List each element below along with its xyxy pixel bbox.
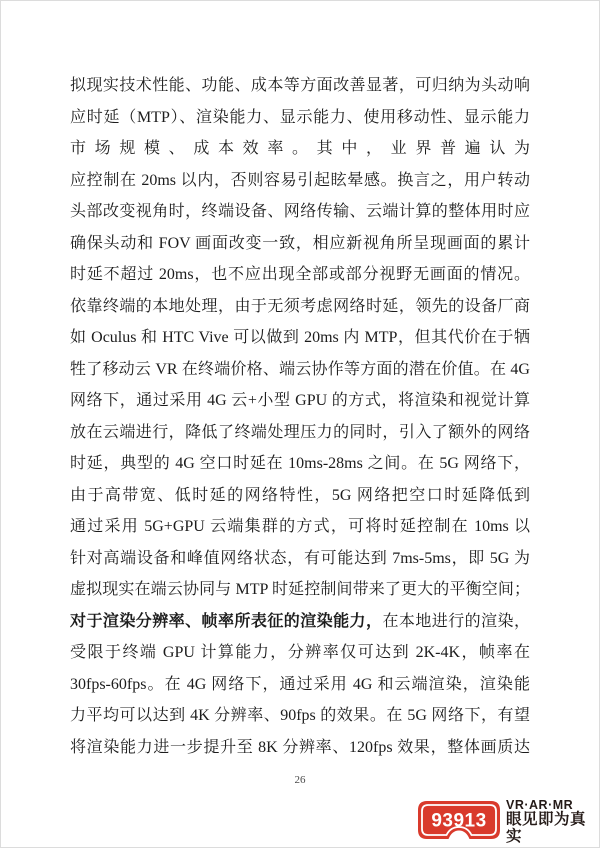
text-segment: 市场规模、成本效率。其中，业界普遍认为 xyxy=(70,140,530,157)
text-line: 如 Oculus 和 HTC Vive 可以做到 20ms 内 MTP，但其代价… xyxy=(70,322,530,354)
text-segment: 由于高带宽、低时延的网络特性，5G 网络把空口时延降低到 1ms， xyxy=(70,487,530,512)
site-logo: 93913 VR·AR·MR 眼见即为真实 xyxy=(417,800,600,844)
text-segment: 拟现实技术性能、功能、成本等方面改善显著，可归纳为头动响 xyxy=(70,77,530,94)
body-text: 拟现实技术性能、功能、成本等方面改善显著，可归纳为头动响应时延（MTP）、渲染能… xyxy=(70,70,530,763)
text-line: 时延，典型的 4G 空口时延在 10ms-28ms 之间。在 5G 网络下， xyxy=(70,448,530,480)
text-segment: 30fps-60fps。在 4G 网络下，通过采用 4G 和云端渲染，渲染能 xyxy=(70,676,530,693)
text-line: 由于高带宽、低时延的网络特性，5G 网络把空口时延降低到 1ms， xyxy=(70,480,530,512)
text-segment-bold: 对于渲染分辨率、帧率所表征的渲染能力， xyxy=(70,613,382,630)
text-segment: 虚拟现实在端云协同与 MTP 时延控制间带来了更大的平衡空间； xyxy=(70,581,530,598)
text-line: 依靠终端的本地处理，由于无须考虑网络时延，领先的设备厂商 xyxy=(70,291,530,323)
text-line: 将渲染能力进一步提升至 8K 分辨率、120fps 效果，整体画质达 xyxy=(70,732,530,764)
text-line: 应时延（MTP）、渲染能力、显示能力、使用移动性、显示能力 xyxy=(70,102,530,134)
text-line: 虚拟现实在端云协同与 MTP 时延控制间带来了更大的平衡空间； xyxy=(70,574,530,606)
text-segment: 放在云端进行，降低了终端处理压力的同时，引入了额外的网络 xyxy=(70,424,530,441)
logo-badge-text: 93913 xyxy=(431,811,486,832)
text-segment: 针对高端设备和峰值网络状态，有可能达到 7ms-5ms，即 5G 为 xyxy=(70,550,530,567)
text-line: 对于渲染分辨率、帧率所表征的渲染能力，在本地进行的渲染， xyxy=(70,606,530,638)
text-segment: 通过采用 5G+GPU 云端集群的方式，可将时延控制在 10ms 以内， xyxy=(70,518,530,543)
text-line: 放在云端进行，降低了终端处理压力的同时，引入了额外的网络 xyxy=(70,417,530,449)
document-page: 拟现实技术性能、功能、成本等方面改善显著，可归纳为头动响应时延（MTP）、渲染能… xyxy=(0,0,600,848)
vr-goggles-icon: 93913 xyxy=(417,800,501,844)
logo-tagline: VR·AR·MR 眼见即为真实 xyxy=(506,799,600,845)
text-line: 30fps-60fps。在 4G 网络下，通过采用 4G 和云端渲染，渲染能 xyxy=(70,669,530,701)
text-line: 确保头动和 FOV 画面改变一致，相应新视角所呈现画面的累计 xyxy=(70,228,530,260)
logo-tagline-bottom: 眼见即为真实 xyxy=(506,812,600,845)
text-segment: 时延不超过 20ms，也不应出现全部或部分视野无画面的情况。 xyxy=(70,266,530,283)
text-line: 应控制在 20ms 以内，否则容易引起眩晕感。换言之，用户转动 xyxy=(70,165,530,197)
text-segment: 应控制在 20ms 以内，否则容易引起眩晕感。换言之，用户转动 xyxy=(70,172,530,189)
text-line: 拟现实技术性能、功能、成本等方面改善显著，可归纳为头动响 xyxy=(70,70,530,102)
text-segment: 牲了移动云 VR 在终端价格、端云协作等方面的潜在价值。在 4G xyxy=(70,361,530,378)
page-number: 26 xyxy=(0,774,600,786)
text-line: 力平均可以达到 4K 分辨率、90fps 的效果。在 5G 网络下，有望 xyxy=(70,700,530,732)
text-line: 牲了移动云 VR 在终端价格、端云协作等方面的潜在价值。在 4G xyxy=(70,354,530,386)
text-line: 时延不超过 20ms，也不应出现全部或部分视野无画面的情况。 xyxy=(70,259,530,291)
text-line: 通过采用 5G+GPU 云端集群的方式，可将时延控制在 10ms 以内， xyxy=(70,511,530,543)
text-segment: 网络下，通过采用 4G 云+小型 GPU 的方式，将渲染和视觉计算 xyxy=(70,392,530,409)
text-line: 网络下，通过采用 4G 云+小型 GPU 的方式，将渲染和视觉计算 xyxy=(70,385,530,417)
text-line: 头部改变视角时，终端设备、网络传输、云端计算的整体用时应 xyxy=(70,196,530,228)
text-segment: 力平均可以达到 4K 分辨率、90fps 的效果。在 5G 网络下，有望 xyxy=(70,707,530,724)
text-segment: 在本地进行的渲染， xyxy=(382,613,530,630)
text-segment: 将渲染能力进一步提升至 8K 分辨率、120fps 效果，整体画质达 xyxy=(70,739,530,756)
text-line: 受限于终端 GPU 计算能力，分辨率仅可达到 2K-4K，帧率在 xyxy=(70,637,530,669)
text-segment: 确保头动和 FOV 画面改变一致，相应新视角所呈现画面的累计 xyxy=(70,235,530,252)
text-line: 针对高端设备和峰值网络状态，有可能达到 7ms-5ms，即 5G 为 xyxy=(70,543,530,575)
text-segment: 头部改变视角时，终端设备、网络传输、云端计算的整体用时应 xyxy=(70,203,530,220)
text-segment: 如 Oculus 和 HTC Vive 可以做到 20ms 内 MTP，但其代价… xyxy=(70,329,530,346)
text-segment: 应时延（MTP）、渲染能力、显示能力、使用移动性、显示能力 xyxy=(70,109,530,126)
text-segment: 受限于终端 GPU 计算能力，分辨率仅可达到 2K-4K，帧率在 xyxy=(70,644,530,661)
text-segment: 时延，典型的 4G 空口时延在 10ms-28ms 之间。在 5G 网络下， xyxy=(70,455,530,472)
text-segment: 依靠终端的本地处理，由于无须考虑网络时延，领先的设备厂商 xyxy=(70,298,530,315)
text-line: 市场规模、成本效率。其中，业界普遍认为头动响应时延（MTP） xyxy=(70,133,530,165)
